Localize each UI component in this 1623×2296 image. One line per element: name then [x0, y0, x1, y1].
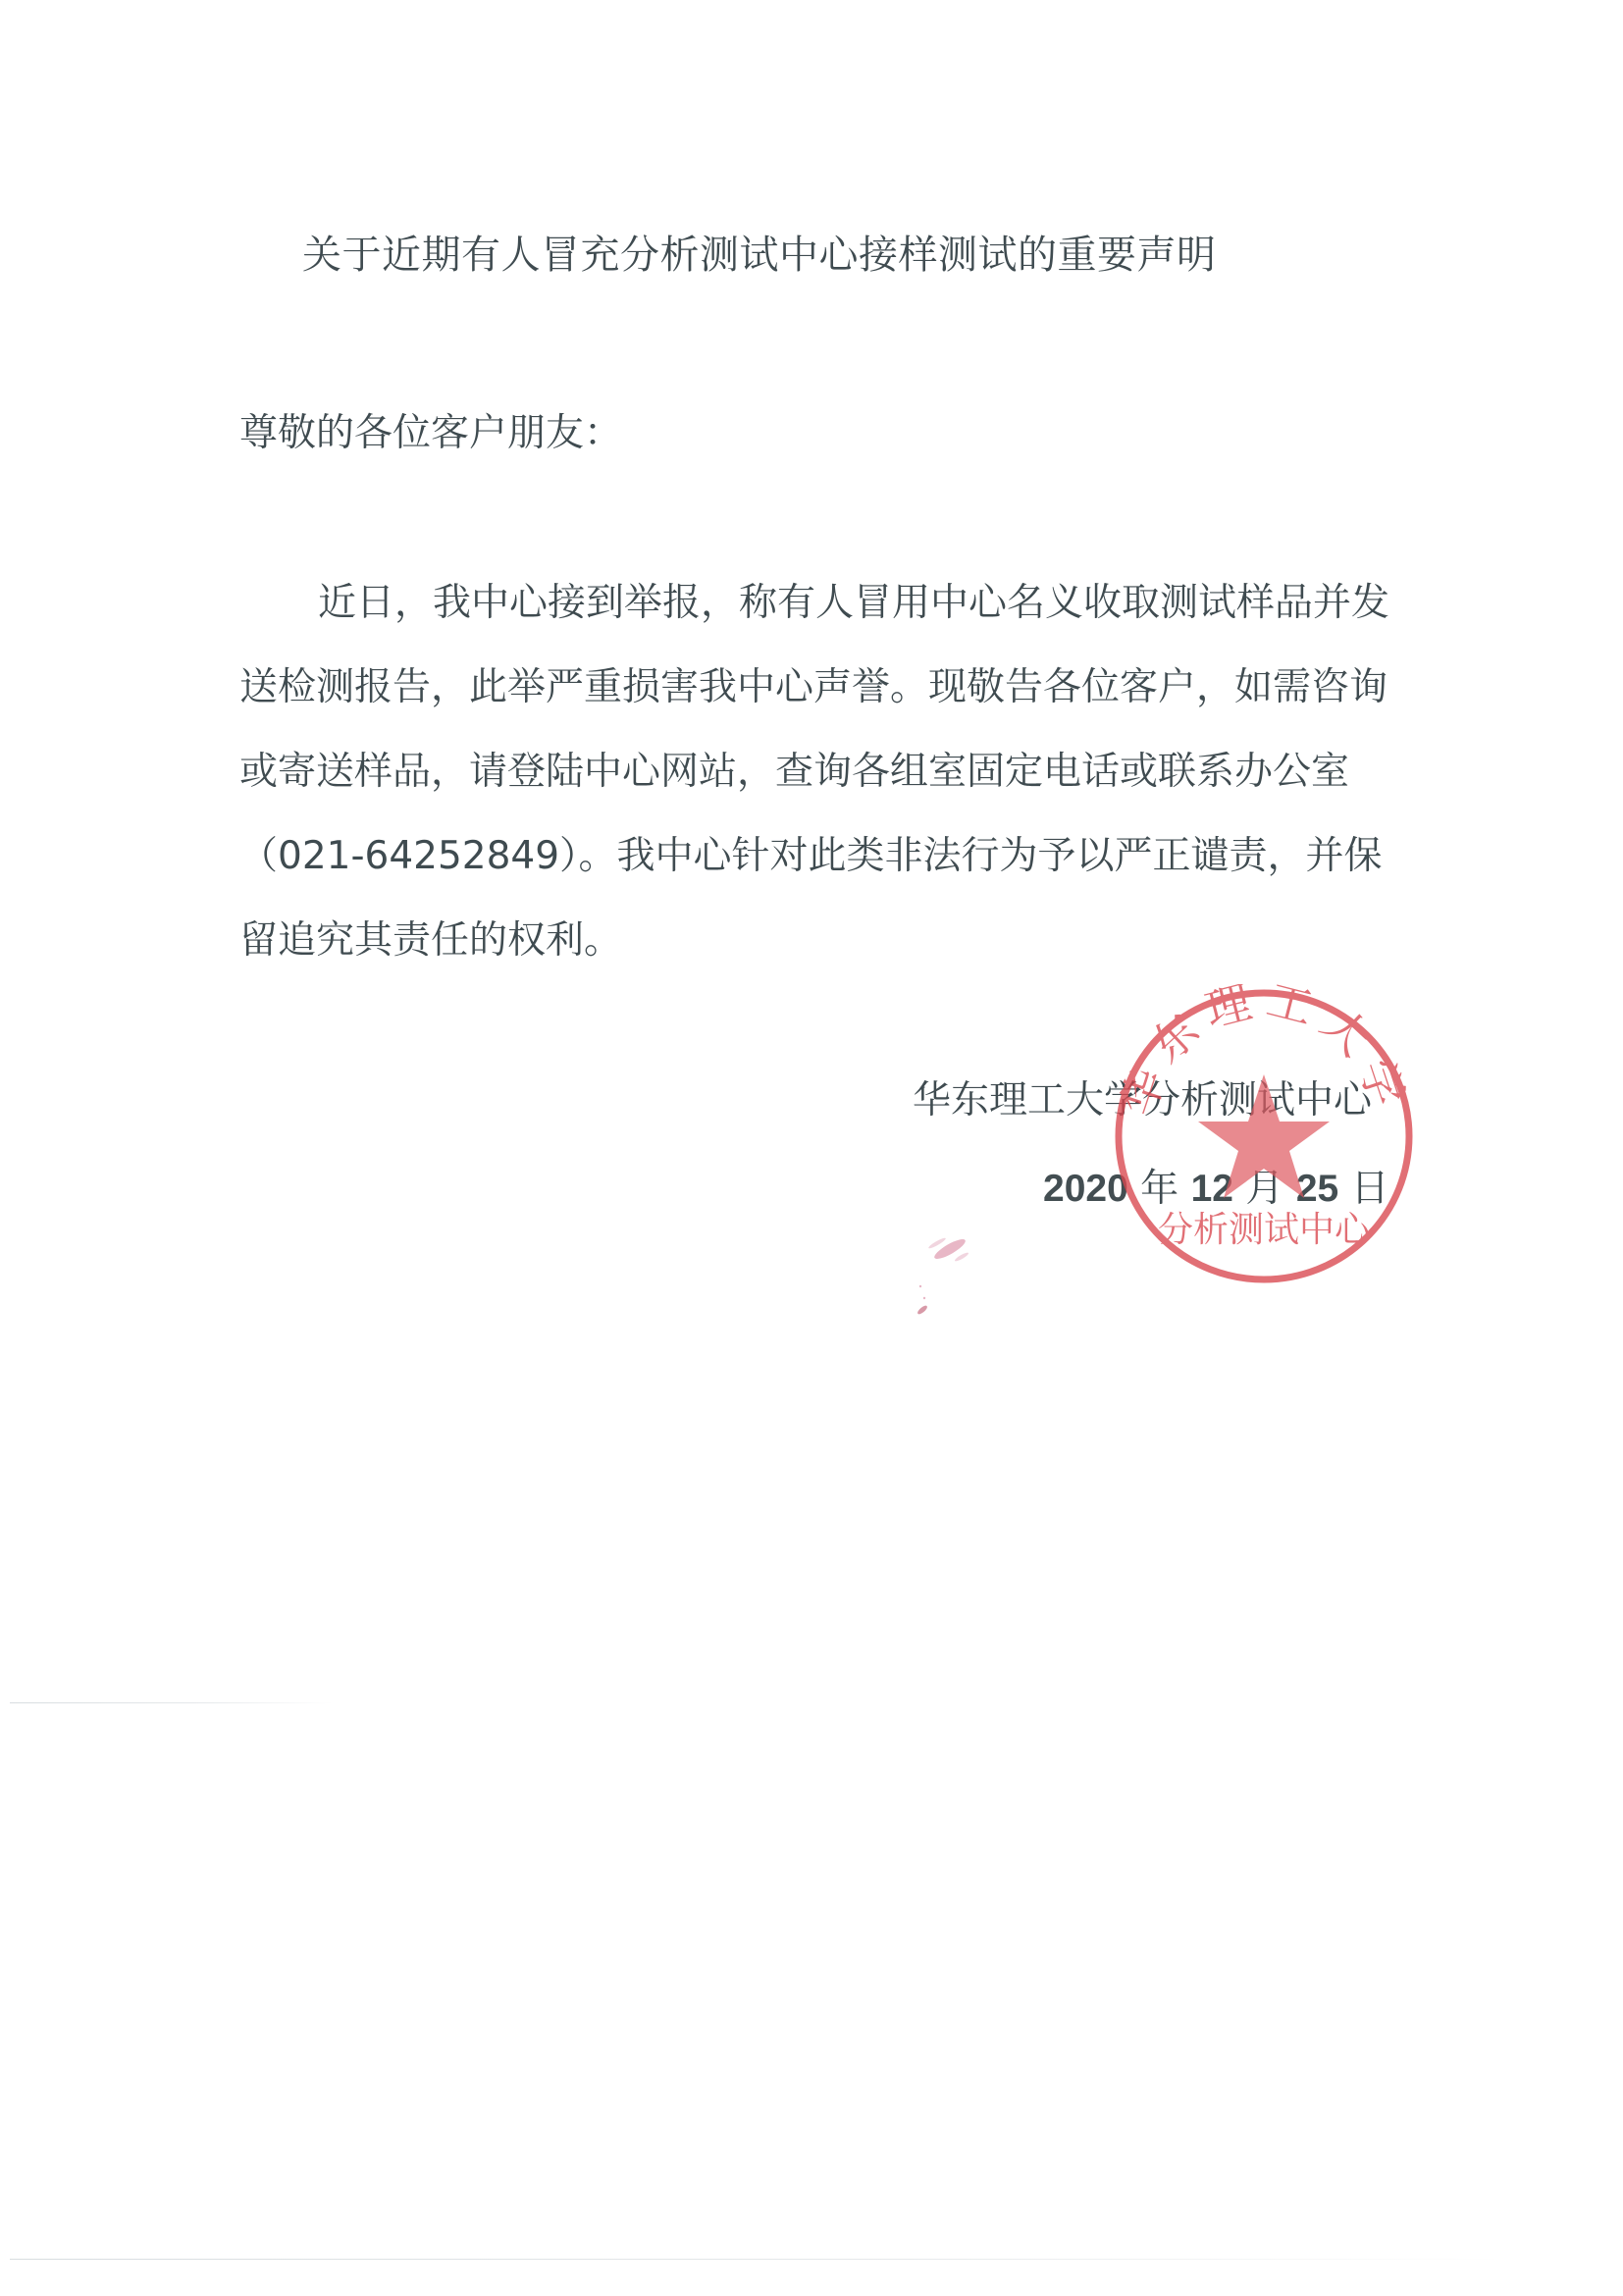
body-line: 近日，我中心接到举报，称有人冒用中心名义收取测试样品并发: [239, 561, 1397, 646]
document-title: 关于近期有人冒充分析测试中心接样测试的重要声明: [302, 224, 1217, 280]
date-day-unit: 日: [1351, 1167, 1389, 1211]
date-month-unit: 月: [1245, 1167, 1283, 1211]
official-seal-icon: 华东理工大学 分析测试中心: [1107, 984, 1421, 1288]
date-month: 12: [1191, 1168, 1233, 1210]
signature-date: 2020 年 12 月 25 日: [1043, 1158, 1389, 1213]
date-year-unit: 年: [1140, 1167, 1178, 1211]
document-page: 关于近期有人冒充分析测试中心接样测试的重要声明 尊敬的各位客户朋友： 近日，我中…: [0, 0, 1623, 2296]
body-line: 送检测报告，此举严重损害我中心声誉。现敬告各位客户，如需咨询: [239, 646, 1397, 730]
body-paragraph: 近日，我中心接到举报，称有人冒用中心名义收取测试样品并发 送检测报告，此举严重损…: [239, 561, 1397, 983]
scan-artifact-line: [10, 2259, 1501, 2260]
date-day: 25: [1296, 1168, 1338, 1210]
body-line: （021-64252849）。我中心针对此类非法行为予以严正谴责，并保: [239, 814, 1397, 899]
ink-smudge-icon: [903, 1222, 991, 1330]
body-line: 或寄送样品，请登陆中心网站，查询各组室固定电话或联系办公室: [239, 730, 1397, 814]
scan-artifact-line: [10, 1702, 334, 1703]
body-line: 留追究其责任的权利。: [239, 899, 1397, 983]
signature-organization: 华东理工大学分析测试中心: [913, 1070, 1372, 1124]
salutation: 尊敬的各位客户朋友：: [239, 402, 622, 457]
seal-bottom-text: 分析测试中心: [1158, 1210, 1372, 1250]
date-year: 2020: [1043, 1168, 1128, 1210]
